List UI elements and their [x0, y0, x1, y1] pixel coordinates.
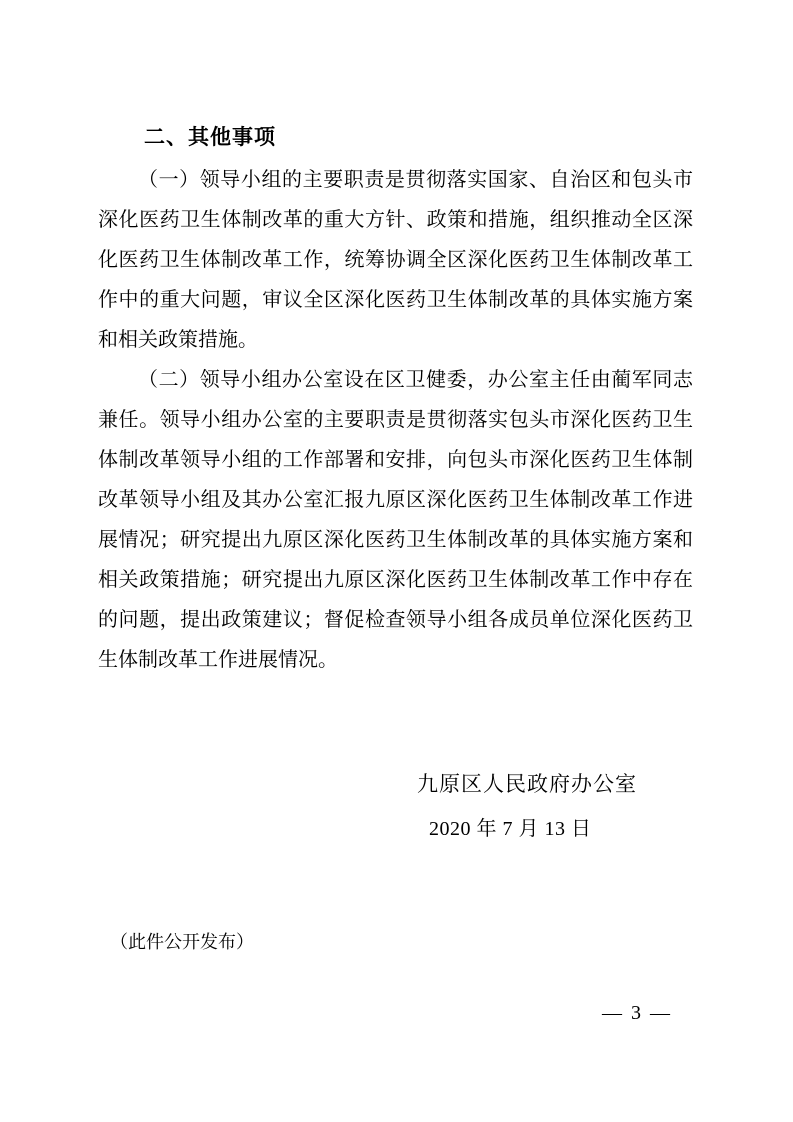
paragraph-duty-leading-group: （一）领导小组的主要职责是贯彻落实国家、自治区和包头市深化医药卫生体制改革的重大…	[98, 160, 693, 360]
document-body: （一）领导小组的主要职责是贯彻落实国家、自治区和包头市深化医药卫生体制改革的重大…	[98, 160, 693, 680]
document-page: 二、其他事项 （一）领导小组的主要职责是贯彻落实国家、自治区和包头市深化医药卫生…	[0, 0, 793, 1122]
page-number: — 3 —	[602, 1002, 672, 1025]
publication-note: （此件公开发布）	[110, 928, 254, 954]
paragraph-duty-office: （二）领导小组办公室设在区卫健委，办公室主任由蔺军同志兼任。领导小组办公室的主要…	[98, 360, 693, 680]
issuing-office: 九原区人民政府办公室	[417, 768, 637, 798]
issue-date: 2020 年 7 月 13 日	[429, 812, 592, 841]
section-heading: 二、其他事项	[144, 124, 276, 152]
